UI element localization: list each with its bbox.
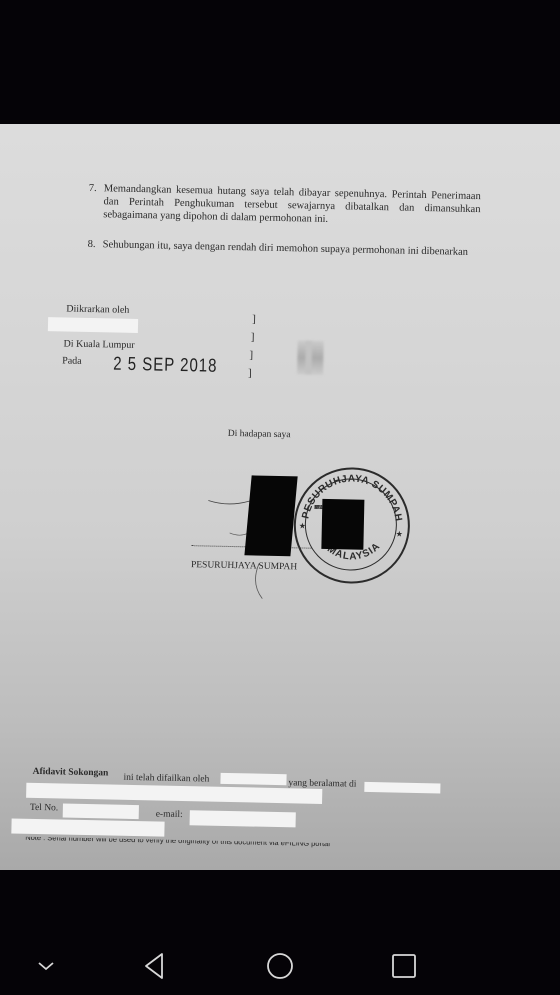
recents-button[interactable] [388, 950, 420, 982]
redacted-address-line [26, 783, 322, 804]
affidavit-page: 7. Memandangkan kesemua hutang saya tela… [0, 124, 560, 870]
redacted-signature [244, 475, 297, 556]
chevron-down-icon [35, 955, 57, 977]
back-button[interactable] [139, 950, 171, 982]
redacted-address [364, 782, 440, 794]
redacted-serial [11, 818, 164, 836]
tel-label: Tel No. [30, 803, 59, 814]
redacted-email [190, 810, 296, 827]
filed-prefix: Afidavit Sokongan [33, 767, 109, 779]
filed-text: ini telah difailkan oleh [123, 773, 209, 785]
back-triangle-icon [142, 952, 168, 980]
android-nav-bar [0, 930, 560, 995]
note-text: Note : Serial number will be used to ver… [25, 833, 330, 848]
redacted-filer [220, 773, 286, 785]
hide-nav-button[interactable] [30, 950, 62, 982]
recents-square-icon [391, 953, 417, 979]
document-photo: 7. Memandangkan kesemua hutang saya tela… [0, 124, 560, 870]
redacted-tel [63, 804, 139, 820]
email-label: e-mail: [156, 809, 183, 820]
home-circle-icon [266, 952, 294, 980]
home-button[interactable] [264, 950, 296, 982]
